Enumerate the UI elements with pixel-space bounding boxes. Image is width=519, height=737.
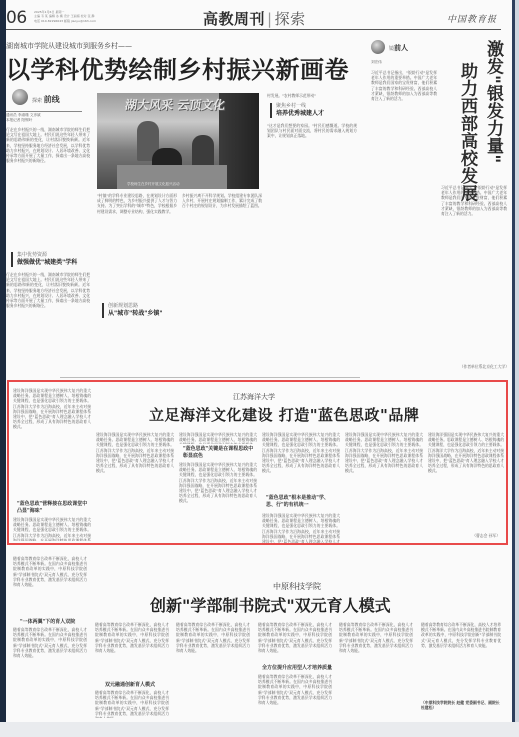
issue-contact: 电话 010-82296643 邮箱 jiaoyu@163.com bbox=[34, 19, 154, 23]
feature-body-col1b: 建设海洋强国是实现中华民族伟大复兴的重大战略任务。思政课程是立德树人、培根铸魂的… bbox=[13, 517, 91, 541]
right-byline: 刘宏伟 bbox=[371, 60, 382, 65]
lead-body-col1b: 行走在乡村振兴的一线，湖南城市学院的师生们把论文写在祖国大地上。村民们说这些年轻… bbox=[6, 272, 90, 372]
lead-body-col2: "村镇"的学科专业建设思路，在规划设计方面形成了鲜明的特色，为乡村振兴提供了人才… bbox=[97, 193, 177, 373]
feature-body-col3b: 建设海洋强国是实现中华民族伟大复兴的重大战略任务。思政课程是立德树人、培根铸魂的… bbox=[179, 462, 257, 542]
section-separator: | bbox=[267, 10, 273, 28]
bottom-body-col2a: 随着高等教育综合改革不断深化，高校人才培养模式不断革新。在国内众多高校推进书院制… bbox=[95, 622, 169, 664]
lead-subhead-1: 聚焦乡村一线 培养优秀城建人才 bbox=[270, 103, 324, 118]
feature-subhead-3: "蓝色思政"根本是推动"学、思、行"的有机统一 bbox=[266, 495, 338, 508]
bottom-headline: 创新"学部制书院式"双元育人模式 bbox=[150, 593, 391, 616]
lead-body-col1: 行走在乡村振兴的一线，湖南城市学院的师生们把论文写在祖国大地上。村民们说这些年轻… bbox=[6, 127, 90, 255]
subsection-name: 探索 bbox=[275, 10, 306, 28]
right-body-col2: 习近平总书记指出，"银龄行动"是发挥老年人作用的重要举措。中国广大老年教师是我们… bbox=[441, 185, 507, 363]
lead-photo: 湖大风采 云顶文化 学校师生在乡村开展文化振兴活动 bbox=[97, 93, 259, 189]
column-label-main: 前线 bbox=[44, 94, 60, 104]
subhead-line1: 聚焦乡村一线 bbox=[276, 103, 324, 110]
bottom-body-col4b: 随着高等教育综合改革不断深化，高校人才培养模式不断革新。在国内众多高校推进书院制… bbox=[258, 674, 332, 718]
right-headline-line1: 激发"银发力量" bbox=[483, 40, 502, 164]
page-edge bbox=[515, 0, 519, 722]
feature-credit: （曹志会 孙军） bbox=[472, 533, 500, 539]
bottom-body-col1: 随着高等教育综合改革不断深化，高校人才培养模式不断革新。在国内众多高校推进书院制… bbox=[13, 627, 87, 717]
lead-body-col3: 乡村振兴离不开科学规划。学校组建专家团队深入乡村，开展村庄规划编制工作，累计完成… bbox=[182, 193, 262, 373]
section-title: 高教周刊|探索 bbox=[203, 8, 306, 29]
featured-article-highlight: 江苏海洋大学 立足海洋文化建设 打造"蓝色思政"品牌 建设海洋强国是实现中华民族… bbox=[7, 380, 508, 545]
lead-headline: 以学科优势绘制乡村振兴新画卷 bbox=[6, 50, 349, 85]
right-body-col1: 习近平总书记指出，"银龄行动"是发挥老年人作用的重要举措。中国广大老年教师是我们… bbox=[371, 70, 437, 370]
feature-subhead-2: "蓝色思政"关键是在课程思政中彰显底色 bbox=[183, 446, 255, 459]
feature-body-col2: 建设海洋强国是实现中华民族伟大复兴的重大战略任务。思政课程是立德树人、培根铸魂的… bbox=[96, 432, 174, 542]
feature-body-col3a: 建设海洋强国是实现中华民族伟大复兴的重大战略任务。思政课程是立德树人、培根铸魂的… bbox=[179, 432, 257, 444]
column-label-main: 前人 bbox=[394, 43, 408, 52]
lead-subhead-2: 集中优势资源 做强做优"城建类"学科 bbox=[11, 252, 77, 267]
issue-meta: 2025年1月6日 星期一 主编 韦 某 编辑 冰 横 设计 王丽娟 校对 张 … bbox=[34, 10, 154, 23]
right-headline-line2: 助力西部高校发展 bbox=[457, 62, 476, 202]
lead-byline: 通讯员 李淑瑾 文彦斌 本报记者 阳锡叶 bbox=[6, 113, 86, 123]
bottom-university: 中原科技学院 bbox=[273, 581, 321, 592]
bottom-body-col4a: 随着高等教育综合改革不断深化，高校人才培养模式不断革新。在国内众多高校推进书院制… bbox=[258, 622, 332, 662]
feature-university: 江苏海洋大学 bbox=[233, 392, 275, 402]
masthead-logo: 中国教育报 bbox=[447, 12, 497, 25]
subhead-line2: 从"城市"转战"乡镇" bbox=[108, 310, 163, 318]
photo-sign: 湖大风采 云顶文化 bbox=[124, 99, 226, 112]
right-credit: （作者单位系北京化工大学） bbox=[441, 364, 509, 370]
byline-line: 本报记者 阳锡叶 bbox=[6, 118, 86, 123]
feature-body-col1: 建设海洋强国是实现中华民族伟大复兴的重大战略任务。思政课程是立德树人、培根铸魂的… bbox=[13, 388, 91, 498]
globe-icon bbox=[371, 40, 385, 54]
feature-subhead-1: "蓝色思政"营释接在思政课堂中凸显"海味" bbox=[17, 501, 89, 514]
photo-side-text: 村发展。"农村教师示范带动" bbox=[267, 93, 357, 101]
feature-body-col4b: 建设海洋强国是实现中华民族伟大复兴的重大战略任务。思政课程是立德树人、培根铸魂的… bbox=[262, 513, 340, 543]
divider bbox=[60, 377, 360, 378]
globe-icon bbox=[12, 89, 28, 105]
column-label-prefix: 探索 bbox=[32, 98, 42, 104]
bottom-subhead-3: 全方位提升应用型人才培养质量 bbox=[262, 664, 332, 671]
subhead-line1: 创新规划思路 bbox=[108, 303, 163, 310]
right-column-logo: 镜前人 bbox=[371, 40, 431, 54]
bottom-subhead-1: "一体两翼"下的育人双院 bbox=[20, 618, 75, 625]
lead-subhead-3: 创新规划思路 从"城市"转战"乡镇" bbox=[102, 303, 163, 318]
column-logo: 探索 前线 bbox=[12, 89, 84, 105]
feature-body-col4a: 建设海洋强国是实现中华民族伟大复兴的重大战略任务。思政课程是立德树人、培根铸魂的… bbox=[262, 432, 340, 492]
bottom-subhead-2: 双元融通创新育人模式 bbox=[105, 681, 155, 688]
feature-headline: 立足海洋文化建设 打造"蓝色思政"品牌 bbox=[149, 404, 419, 425]
subhead-line2: 培养优秀城建人才 bbox=[276, 110, 324, 118]
feature-body-col6: 建设海洋强国是实现中华民族伟大复兴的重大战略任务。思政课程是立德树人、培根铸魂的… bbox=[428, 432, 504, 532]
bottom-strip bbox=[0, 722, 519, 737]
bottom-intro: 随着高等教育综合改革不断深化，高校人才培养模式不断革新。在国内众多高校推进书院制… bbox=[13, 556, 87, 616]
subhead-line2: 做强做优"城建类"学科 bbox=[17, 259, 77, 267]
feature-body-col5: 建设海洋强国是实现中华民族伟大复兴的重大战略任务。思政课程是立德树人、培根铸魂的… bbox=[345, 432, 423, 542]
page-header: 06 2025年1月6日 星期一 主编 韦 某 编辑 冰 横 设计 王丽娟 校对… bbox=[6, 6, 501, 30]
section-name: 高教周刊 bbox=[203, 10, 265, 28]
bottom-body-col6: 随着高等教育综合改革不断深化，高校人才培养模式不断革新。在国内众多高校推进书院制… bbox=[421, 622, 501, 698]
bottom-body-col5: 随着高等教育综合改革不断深化，高校人才培养模式不断革新。在国内众多高校推进书院制… bbox=[339, 622, 413, 718]
photo-caption: 学校师生在乡村开展文化振兴活动 bbox=[127, 182, 180, 187]
subhead-line1: 集中优势资源 bbox=[17, 252, 77, 259]
bottom-credit: （中原科技学院院长 赵健 党委副书记、副院长 杜建松） bbox=[421, 700, 503, 710]
page-number: 06 bbox=[6, 8, 27, 28]
bottom-body-col2b: 随着高等教育综合改革不断深化，高校人才培养模式不断革新。在国内众多高校推进书院制… bbox=[95, 690, 169, 718]
divider bbox=[6, 111, 82, 112]
bottom-body-col3: 随着高等教育综合改革不断深化，高校人才培养模式不断革新。在国内众多高校推进书院制… bbox=[176, 622, 250, 718]
lead-body-col4: "这才是我们想要的家园。"村民们感慨道。学校的规划团队与村民面对面交流，将村民的… bbox=[267, 123, 357, 373]
